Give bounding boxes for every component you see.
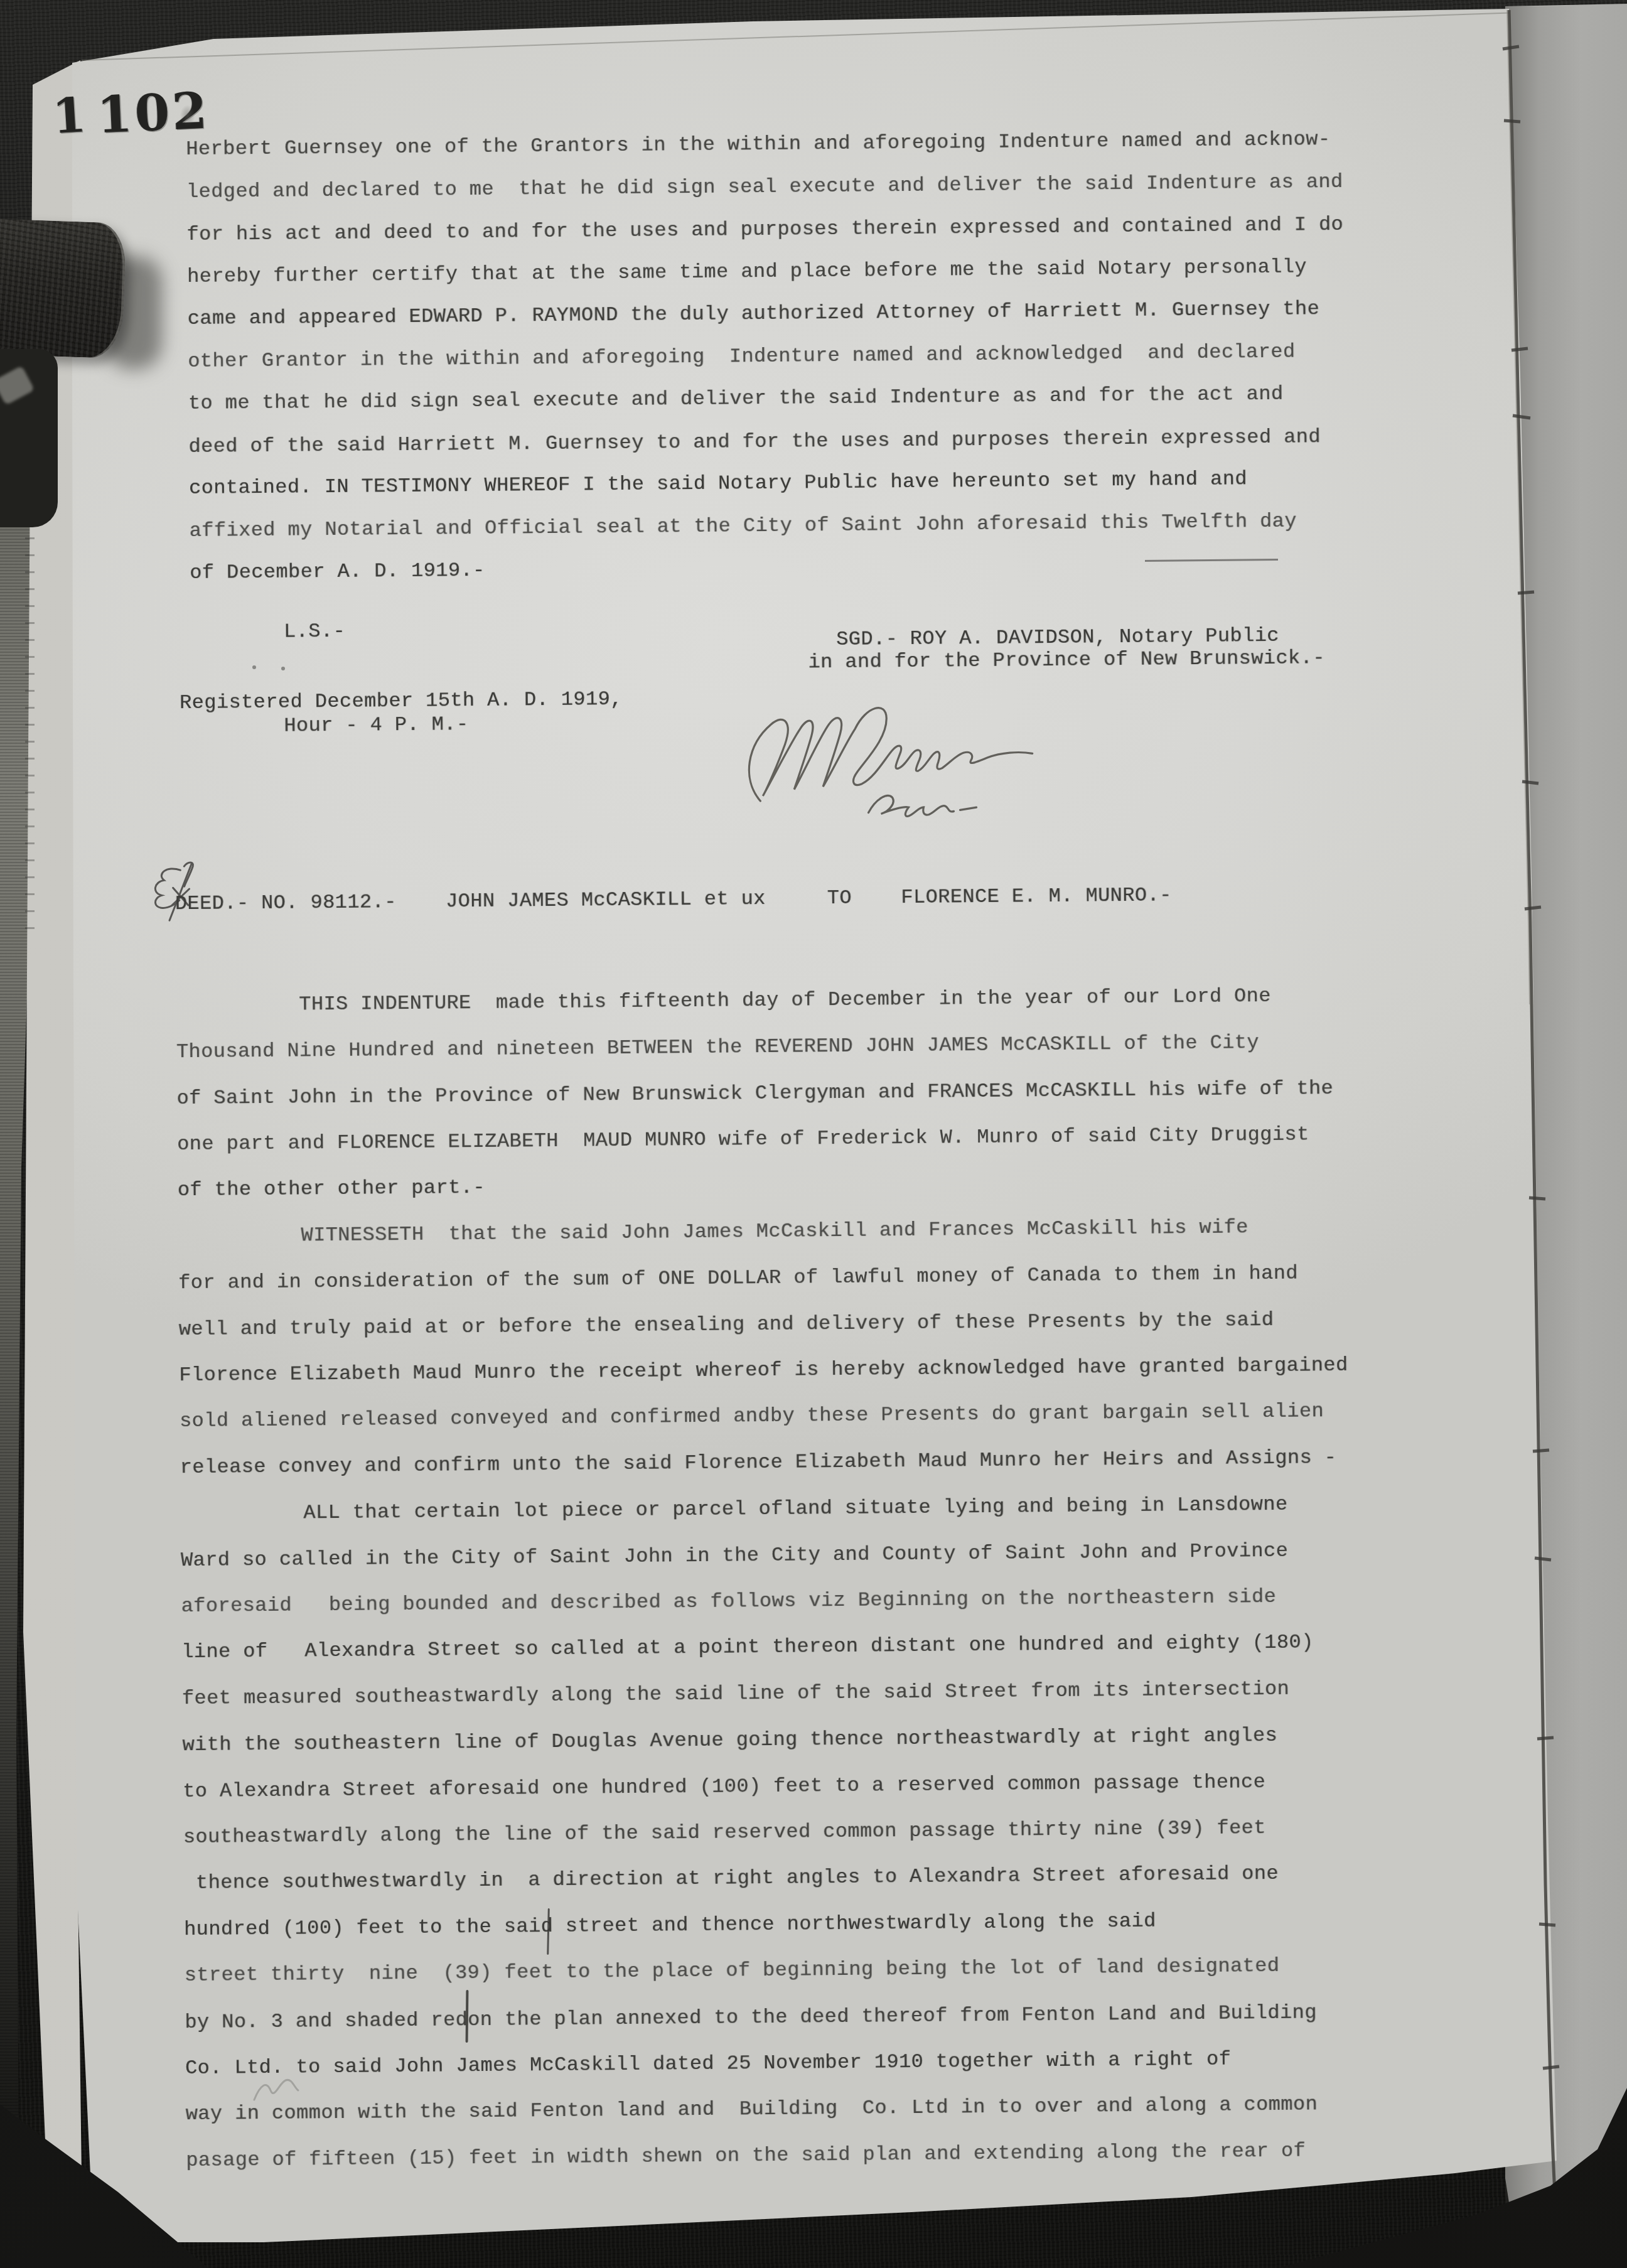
deed-heading-line: DEED.- NO. 98112.- JOHN JAMES McCASKILL …: [175, 883, 1172, 916]
typed-line: pasage of fifteen (15) feet in width she…: [186, 2127, 1355, 2184]
ink-dot: [252, 665, 256, 669]
notary-certificate-block: Herbert Guernsey one of the Grantors in …: [186, 118, 1346, 594]
registrar-signature: [722, 681, 1112, 835]
registered-hour-line: Hour - 4 P. M.-: [284, 712, 468, 739]
page-content: 1 102 Herbert Guernsey one of the Granto…: [0, 0, 1627, 2268]
ink-dot: [281, 667, 285, 670]
page-number-stamp-left: 1: [51, 87, 87, 144]
ink-smudge: [177, 100, 198, 131]
ls-seal-label: L.S.-: [284, 619, 345, 645]
deed-register-photo: 1 102 Herbert Guernsey one of the Granto…: [0, 0, 1627, 2268]
notary-signed-line2: in and for the Province of New Brunswick…: [808, 645, 1325, 675]
registered-date-line: Registered December 15th A. D. 1919,: [180, 687, 623, 716]
deed-body-block: THIS INDENTURE made this fifteenth day o…: [176, 972, 1355, 2184]
pencil-smudge: [248, 2072, 323, 2109]
